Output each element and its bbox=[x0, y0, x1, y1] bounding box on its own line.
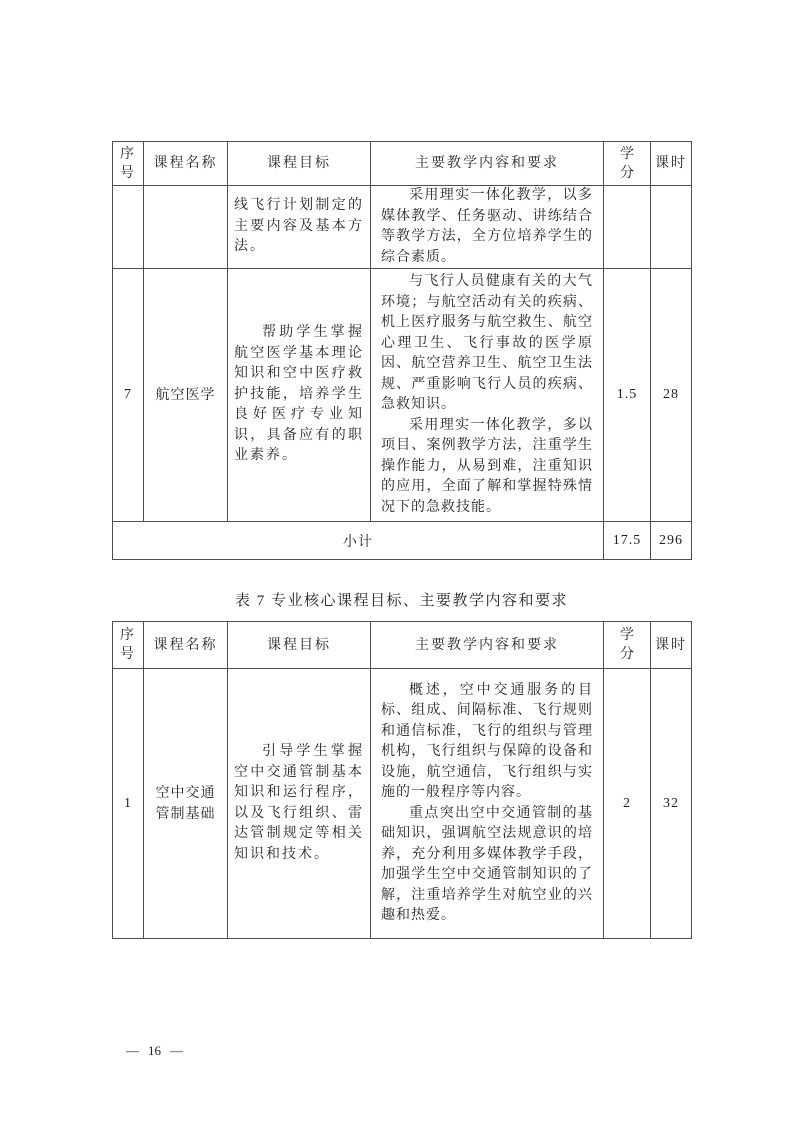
content-paragraph: 与飞行人员健康有关的大气环境；与航空活动有关的疾病、机上医疗服务与航空救生、航空… bbox=[381, 272, 593, 416]
table-caption: 表 7 专业核心课程目标、主要教学内容和要求 bbox=[112, 589, 691, 610]
footer-left-dash: — bbox=[126, 1043, 139, 1059]
document-page: 序号 课程名称 课程目标 主要教学内容和要求 学分 课时 线飞行计划制定的主要内… bbox=[0, 0, 793, 1122]
cell-course-name bbox=[144, 186, 228, 269]
cell-hours: 32 bbox=[651, 669, 692, 939]
footer-right-dash: — bbox=[170, 1043, 183, 1059]
header-cell-seq: 序号 bbox=[113, 622, 144, 669]
cell-content: 采用理实一体化教学，以多媒体教学、任务驱动、讲练结合等教学方法，全方位培养学生的… bbox=[371, 186, 604, 269]
cell-seq bbox=[113, 186, 144, 269]
header-cell-seq: 序号 bbox=[113, 142, 144, 186]
content-paragraph: 采用理实一体化教学，以多媒体教学、任务驱动、讲练结合等教学方法，全方位培养学生的… bbox=[381, 186, 593, 268]
subtotal-row: 小计 17.5 296 bbox=[113, 522, 692, 560]
header-cell-objective: 课程目标 bbox=[228, 622, 371, 669]
table-row: 线飞行计划制定的主要内容及基本方法。 采用理实一体化教学，以多媒体教学、任务驱动… bbox=[113, 186, 692, 269]
cell-objective: 引导学生掌握空中交通管制基本知识和运行程序，以及飞行组织、雷达管制规定等相关知识… bbox=[228, 669, 371, 939]
cell-hours bbox=[651, 186, 692, 269]
cell-seq: 1 bbox=[113, 669, 144, 939]
header-cell-objective: 课程目标 bbox=[228, 142, 371, 186]
cell-course-name: 空中交通管制基础 bbox=[144, 669, 228, 939]
header-cell-content: 主要教学内容和要求 bbox=[371, 622, 604, 669]
content-paragraph: 概述，空中交通服务的目标、组成、间隔标准、飞行规则和通信标准，飞行的组织与管理机… bbox=[381, 681, 593, 804]
objective-text: 帮助学生掌握航空医学基本理论知识和空中医疗救护技能，培养学生良好医疗专业知识，具… bbox=[234, 323, 364, 467]
cell-content: 与飞行人员健康有关的大气环境；与航空活动有关的疾病、机上医疗服务与航空救生、航空… bbox=[371, 269, 604, 522]
page-footer: — 16 — bbox=[126, 1043, 183, 1059]
cell-course-name: 航空医学 bbox=[144, 269, 228, 522]
objective-text: 线飞行计划制定的主要内容及基本方法。 bbox=[234, 196, 364, 258]
cell-credits bbox=[604, 186, 651, 269]
header-cell-course-name: 课程名称 bbox=[144, 622, 228, 669]
header-credits-label: 学分 bbox=[619, 145, 636, 183]
table2-header-row: 序号 课程名称 课程目标 主要教学内容和要求 学分 课时 bbox=[113, 622, 692, 669]
subtotal-label: 小计 bbox=[113, 522, 604, 560]
table-row: 7 航空医学 帮助学生掌握航空医学基本理论知识和空中医疗救护技能，培养学生良好医… bbox=[113, 269, 692, 522]
cell-seq: 7 bbox=[113, 269, 144, 522]
subtotal-hours: 296 bbox=[651, 522, 692, 560]
header-cell-course-name: 课程名称 bbox=[144, 142, 228, 186]
cell-credits: 1.5 bbox=[604, 269, 651, 522]
cell-content: 概述，空中交通服务的目标、组成、间隔标准、飞行规则和通信标准，飞行的组织与管理机… bbox=[371, 669, 604, 939]
table-row: 1 空中交通管制基础 引导学生掌握空中交通管制基本知识和运行程序，以及飞行组织、… bbox=[113, 669, 692, 939]
course-table-continued: 序号 课程名称 课程目标 主要教学内容和要求 学分 课时 线飞行计划制定的主要内… bbox=[112, 141, 692, 560]
cell-objective: 帮助学生掌握航空医学基本理论知识和空中医疗救护技能，培养学生良好医疗专业知识，具… bbox=[228, 269, 371, 522]
cell-objective: 线飞行计划制定的主要内容及基本方法。 bbox=[228, 186, 371, 269]
objective-text: 引导学生掌握空中交通管制基本知识和运行程序，以及飞行组织、雷达管制规定等相关知识… bbox=[234, 742, 364, 865]
page-number: 16 bbox=[148, 1043, 161, 1059]
header-cell-hours: 课时 bbox=[651, 622, 692, 669]
header-cell-hours: 课时 bbox=[651, 142, 692, 186]
header-credits-label: 学分 bbox=[619, 626, 636, 664]
content-paragraph: 重点突出空中交通管制的基础知识，强调航空法规意识的培养，充分利用多媒体教学手段，… bbox=[381, 804, 593, 927]
header-cell-content: 主要教学内容和要求 bbox=[371, 142, 604, 186]
header-cell-credits: 学分 bbox=[604, 622, 651, 669]
core-course-table: 序号 课程名称 课程目标 主要教学内容和要求 学分 课时 1 空中交通管制基础 … bbox=[112, 621, 692, 939]
cell-hours: 28 bbox=[651, 269, 692, 522]
table1-header-row: 序号 课程名称 课程目标 主要教学内容和要求 学分 课时 bbox=[113, 142, 692, 186]
header-cell-credits: 学分 bbox=[604, 142, 651, 186]
cell-credits: 2 bbox=[604, 669, 651, 939]
content-paragraph: 采用理实一体化教学，多以项目、案例教学方法，注重学生操作能力，从易到难，注重知识… bbox=[381, 416, 593, 519]
subtotal-credits: 17.5 bbox=[604, 522, 651, 560]
